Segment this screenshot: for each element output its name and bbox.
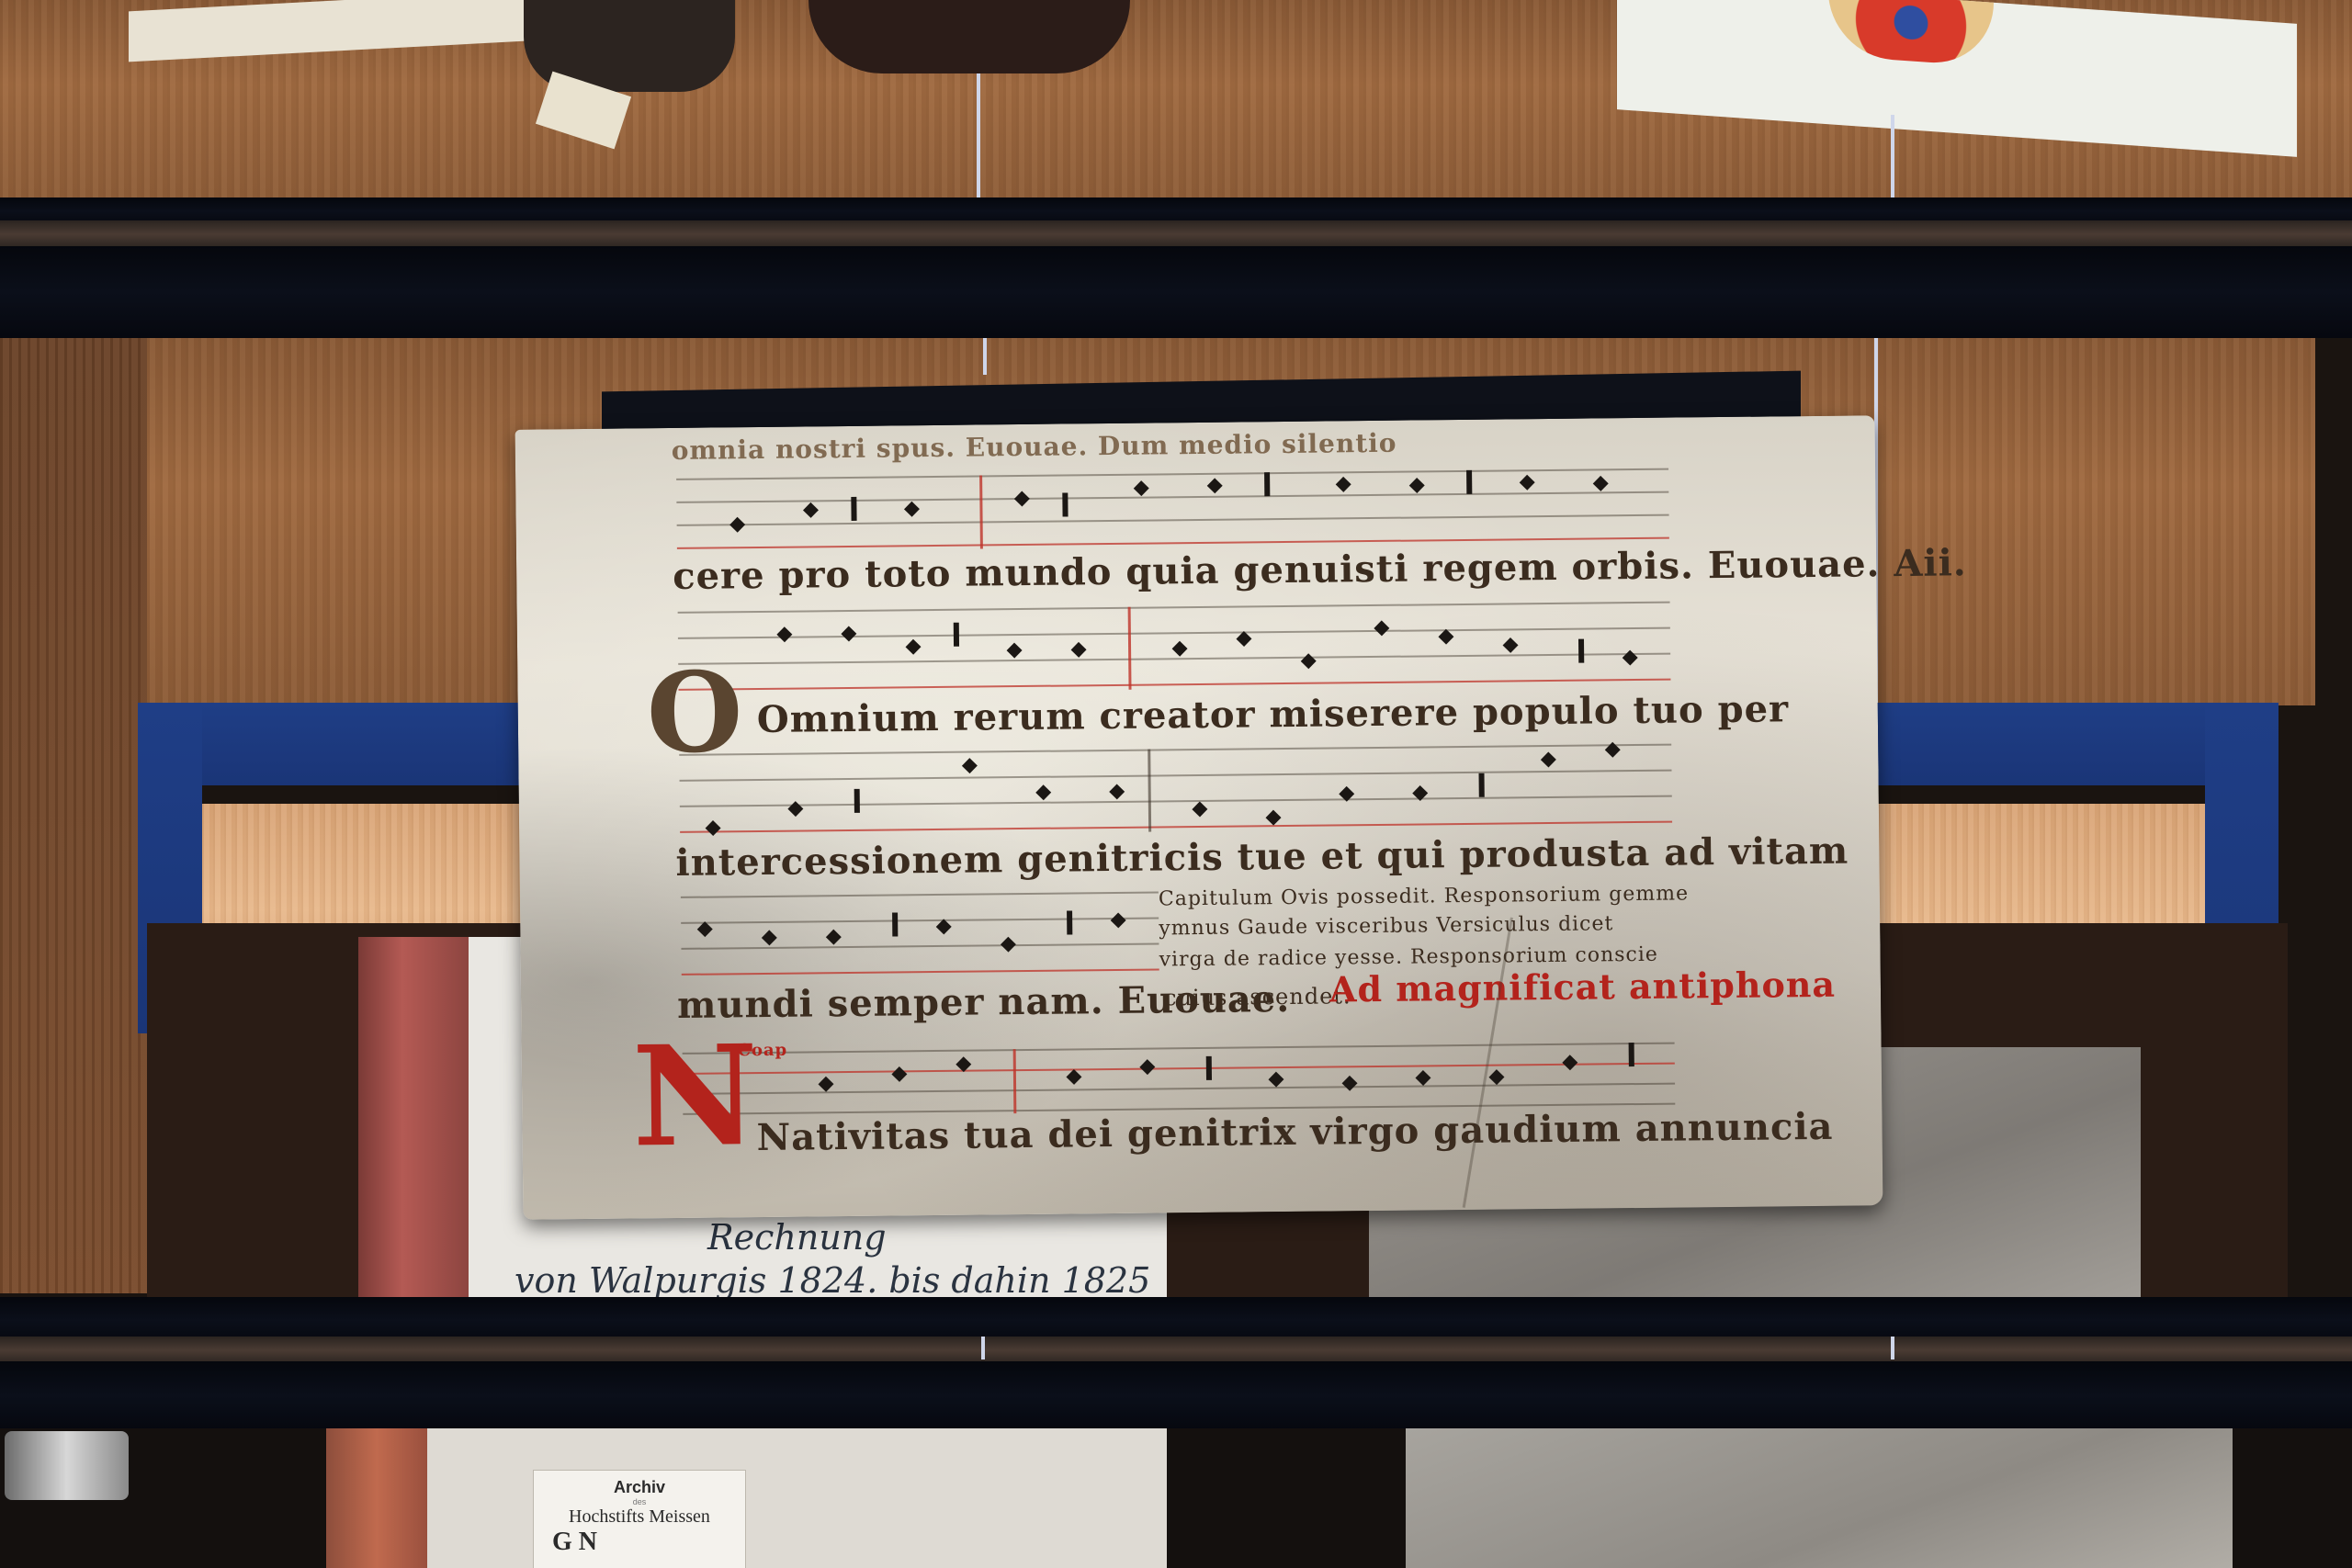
manuscript-leaf: omnia nostri spus. Euouae. Dum medio sil…: [515, 415, 1883, 1219]
music-staff: [683, 1043, 1676, 1117]
music-staff: [678, 602, 1671, 694]
case-rail-top-lower: [0, 246, 2352, 338]
upper-shelf-red-object: [808, 0, 1130, 73]
archive-label: Archiv des Hochstifts Meissen G N: [533, 1470, 746, 1568]
manuscript-top-line: omnia nostri spus. Euouae. Dum medio sil…: [672, 428, 1397, 466]
case-rail-bottom-lower: [0, 1361, 2352, 1430]
cabinet-knob-icon[interactable]: [5, 1431, 129, 1500]
support-wire: [983, 338, 987, 375]
archive-label-name: Hochstifts Meissen: [534, 1506, 745, 1528]
book-grey-lower: [1406, 1428, 2233, 1568]
manuscript-text-line-3: intercessionem genitricis tue et qui pro…: [675, 829, 1849, 885]
support-wire: [977, 73, 980, 202]
support-wire: [981, 1337, 985, 1359]
marginal-note: Capitulum Ovis possedit. Responsorium ge…: [1159, 882, 1689, 910]
book-cover-subtitle: von Walpurgis 1824. bis dahin 1825: [514, 1260, 1150, 1301]
book-spine-red: [326, 1428, 427, 1568]
book-spine-red: [358, 937, 469, 1300]
archive-label-letter: G N: [534, 1528, 745, 1557]
case-glass-edge-lower: [0, 1337, 2352, 1364]
archive-label-sub: des: [534, 1497, 745, 1506]
marginal-note: cuius ascendet.: [1164, 983, 1351, 1010]
archive-label-title: Archiv: [534, 1478, 745, 1497]
marginal-note: ymnus Gaude visceribus Versiculus dicet: [1159, 912, 1613, 940]
music-staff: [679, 744, 1672, 837]
initial-letter-n: N: [631, 1015, 759, 1178]
manuscript-text-line-2: Omnium rerum creator miserere populo tuo…: [757, 687, 1790, 741]
rubric-heading: Ad magnificat antiphona: [1329, 964, 1837, 1010]
left-cabinet-side: [0, 338, 147, 1293]
support-wire: [1891, 1337, 1894, 1359]
book-cover-title: Rechnung: [707, 1217, 887, 1258]
coat-of-arms-icon: [1828, 0, 1994, 67]
small-rubric: Coap: [738, 1041, 788, 1061]
music-staff: [681, 891, 1159, 978]
music-staff: [676, 468, 1669, 552]
case-glass-edge: [0, 220, 2352, 248]
book-archiv-meissen: Archiv des Hochstifts Meissen G N: [326, 1428, 1167, 1568]
